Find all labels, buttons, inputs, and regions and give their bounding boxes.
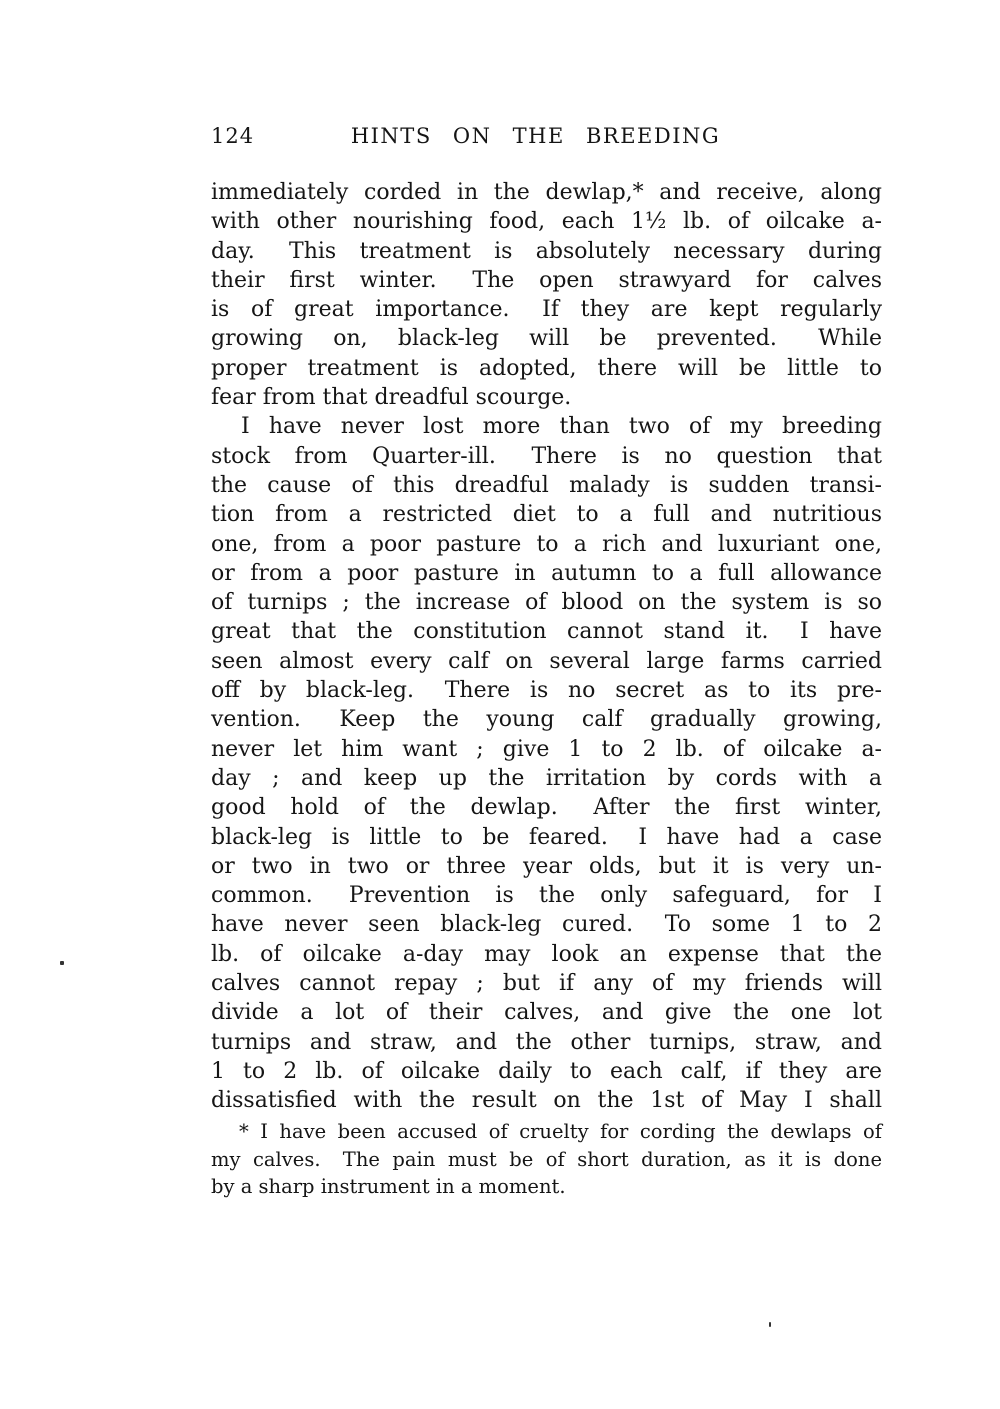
page-number: 124 [211,121,254,151]
text-line: calves cannot repay ; but if any of my f… [211,969,882,998]
text-line: black-leg is little to be feared. I have… [211,823,882,852]
text-line: dissatisfied with the result on the 1st … [211,1086,882,1115]
text-line: of turnips ; the increase of blood on th… [211,588,882,617]
text-line: fear from that dreadful scourge. [211,383,882,412]
text-line: my calves. The pain must be of short dur… [211,1146,882,1174]
text-line: proper treatment is adopted, there will … [211,354,882,383]
text-line: by a sharp instrument in a moment. [211,1173,882,1201]
text-line: lb. of oilcake a-day may look an expense… [211,940,882,969]
text-line: I have never lost more than two of my br… [211,412,882,441]
footnote: * I have been accused of cruelty for cor… [211,1118,882,1201]
text-line: seen almost every calf on several large … [211,647,882,676]
text-line: never let him want ; give 1 to 2 lb. of … [211,735,882,764]
text-line: or from a poor pasture in autumn to a fu… [211,559,882,588]
text-line: day. This treatment is absolutely necess… [211,237,882,266]
text-line: vention. Keep the young calf gradually g… [211,705,882,734]
text-line: great that the constitution cannot stand… [211,617,882,646]
text-line: turnips and straw, and the other turnips… [211,1028,882,1057]
text-line: with other nourishing food, each 1½ lb. … [211,207,882,236]
text-line: stock from Quarter-ill. There is no ques… [211,442,882,471]
running-title: HINTS ON THE BREEDING [211,121,882,151]
text-line: tion from a restricted diet to a full an… [211,500,882,529]
scan-speck [769,1322,771,1327]
text-line: growing on, black-leg will be prevented.… [211,324,882,353]
body-text: immediately corded in the dewlap,* and r… [211,178,882,1116]
text-line: 1 to 2 lb. of oilcake daily to each calf… [211,1057,882,1086]
text-line: or two in two or three year olds, but it… [211,852,882,881]
book-page: 124 HINTS ON THE BREEDING immediately co… [0,0,1000,1409]
text-line: * I have been accused of cruelty for cor… [211,1118,882,1146]
text-line: one, from a poor pasture to a rich and l… [211,530,882,559]
text-line: divide a lot of their calves, and give t… [211,998,882,1027]
text-line: off by black-leg. There is no secret as … [211,676,882,705]
text-line: the cause of this dreadful malady is sud… [211,471,882,500]
page-header: 124 HINTS ON THE BREEDING [211,121,882,151]
text-line: good hold of the dewlap. After the first… [211,793,882,822]
text-line: have never seen black-leg cured. To some… [211,910,882,939]
text-line: day ; and keep up the irritation by cord… [211,764,882,793]
scan-speck [60,961,64,965]
text-line: is of great importance. If they are kept… [211,295,882,324]
text-line: common. Prevention is the only safeguard… [211,881,882,910]
text-line: their first winter. The open strawyard f… [211,266,882,295]
text-line: immediately corded in the dewlap,* and r… [211,178,882,207]
